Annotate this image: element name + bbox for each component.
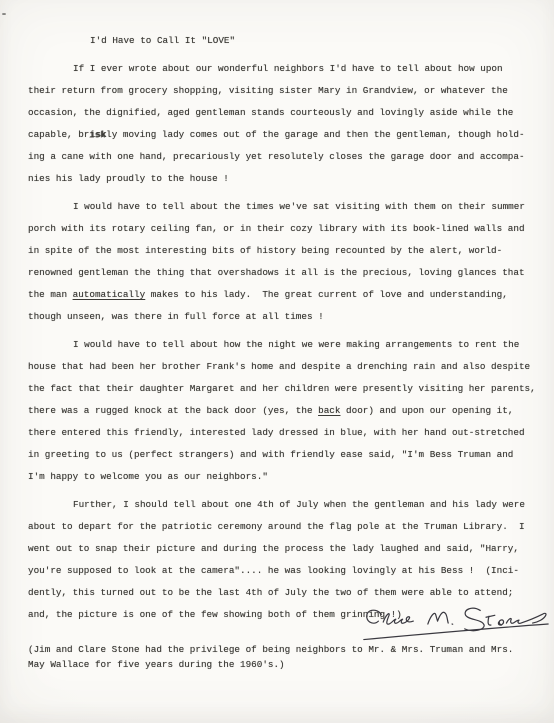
text-line: there was a rugged knock at the back doo… [28, 400, 536, 422]
text-line: I'm happy to welcome you as our neighbor… [28, 466, 536, 488]
text-line: house that had been her brother Frank's … [28, 356, 536, 378]
document-title: I'd Have to Call It "LOVE" [90, 30, 536, 52]
text-line: nies his lady proudly to the house ! [28, 168, 536, 190]
text-line: porch with its rotary ceiling fan, or in… [28, 218, 536, 240]
scan-speck [2, 13, 6, 15]
footer-line: May Wallace for five years during the 19… [28, 657, 536, 672]
text-line: ing a cane with one hand, precariously y… [28, 146, 536, 168]
signature-handwriting: Clare M. Stone [358, 602, 552, 648]
text-line: you're supposed to look at the camera"..… [28, 560, 536, 582]
signature-underline [364, 624, 548, 640]
text-line: capable, briskly moving lady comes out o… [28, 124, 536, 146]
text-line: there entered this friendly, interested … [28, 422, 536, 444]
text-line: occasion, the dignified, aged gentleman … [28, 102, 536, 124]
document-page: I'd Have to Call It "LOVE" If I ever wro… [0, 0, 554, 723]
text-line: in greeting to us (perfect strangers) an… [28, 444, 536, 466]
text-line: the man automatically makes to his lady.… [28, 284, 536, 306]
text-line: I would have to tell about the times we'… [28, 196, 536, 218]
document-body: If I ever wrote about our wonderful neig… [28, 58, 536, 626]
signature-script [367, 608, 546, 630]
text-line: though unseen, was there in full force a… [28, 306, 536, 328]
text-line: their return from grocery shopping, visi… [28, 80, 536, 102]
text-line: dently, this turned out to be the last 4… [28, 582, 536, 604]
text-line: If I ever wrote about our wonderful neig… [28, 58, 536, 80]
text-line: the fact that their daughter Margaret an… [28, 378, 536, 400]
text-line: went out to snap their picture and durin… [28, 538, 536, 560]
paragraph: If I ever wrote about our wonderful neig… [28, 58, 536, 190]
document-content: I'd Have to Call It "LOVE" If I ever wro… [28, 30, 536, 672]
text-line: about to depart for the patriotic ceremo… [28, 516, 536, 538]
paragraph: I would have to tell about how the night… [28, 334, 536, 488]
text-line: I would have to tell about how the night… [28, 334, 536, 356]
paragraph: I would have to tell about the times we'… [28, 196, 536, 328]
text-line: in spite of the most interesting bits of… [28, 240, 536, 262]
signature: Clare M. Stone [358, 602, 552, 648]
text-line: renowned gentleman the thing that oversh… [28, 262, 536, 284]
text-line: Further, I should tell about one 4th of … [28, 494, 536, 516]
